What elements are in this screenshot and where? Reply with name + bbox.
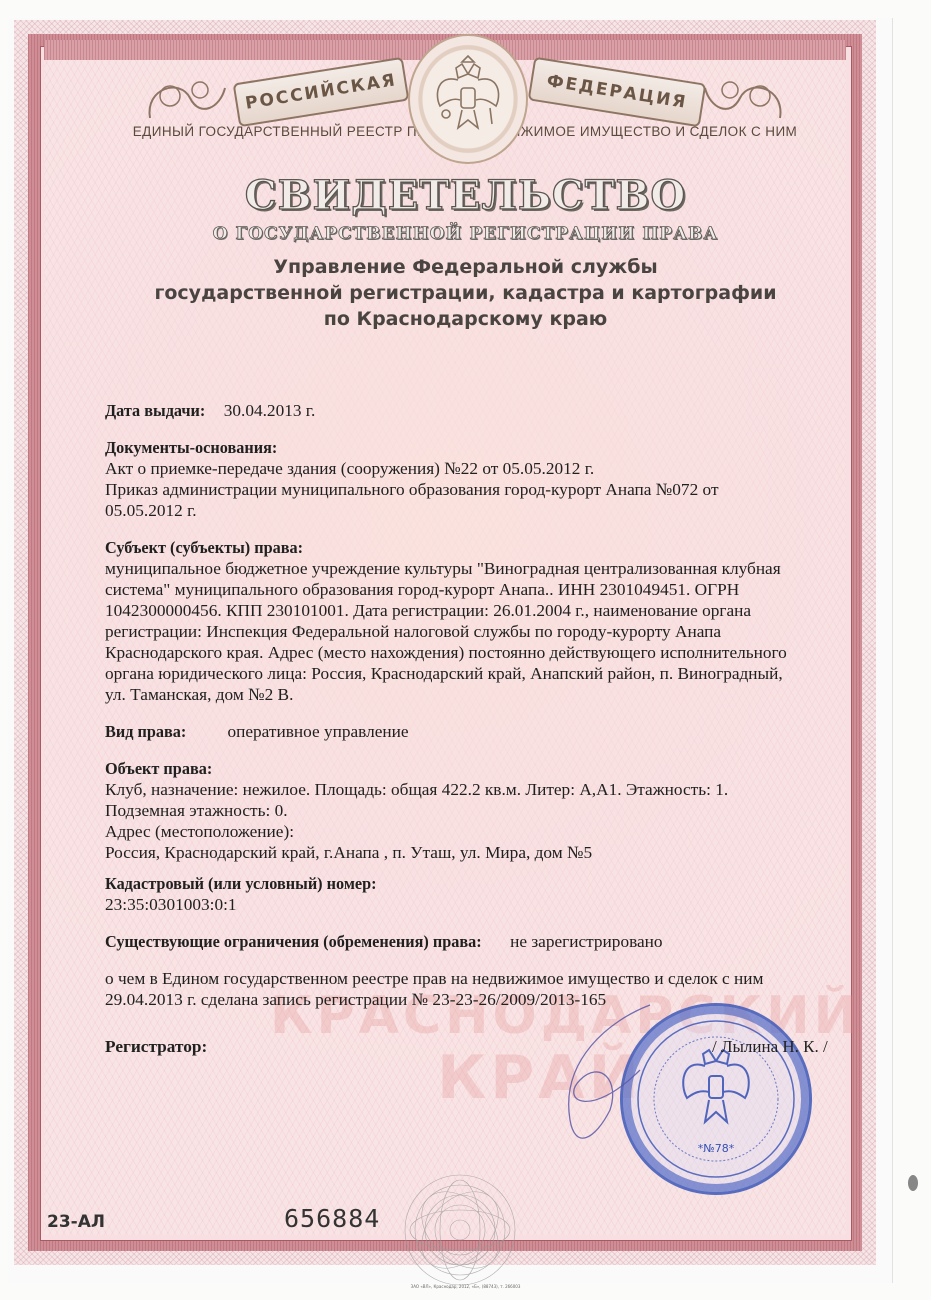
subject-section: Субъект (субъекты) права: муниципальное … [105,537,865,705]
basis-line: 05.05.2012 г. [105,500,865,521]
certificate-body: Дата выдачи: 30.04.2013 г. Документы-осн… [105,400,865,1010]
object-section: Объект права: Клуб, назначение: нежилое.… [105,758,865,863]
right-kind-row: Вид права: оперативное управление [105,721,865,742]
registrar-label: Регистратор: [105,1037,207,1057]
cadastral-label: Кадастровый (или условный) номер: [105,873,377,894]
subject-line: ул. Таманская, дом №2 В. [105,684,865,705]
registrar-name: / Лылина Н. К. / [712,1037,828,1057]
encumbrances-value: не зарегистрировано [510,932,662,951]
encumbrances-label: Существующие ограничения (обременения) п… [105,931,482,952]
guilloche-rosette-icon [365,1170,555,1290]
basis-documents-label: Документы-основания: [105,437,277,458]
subject-label: Субъект (субъекты) права: [105,537,303,558]
basis-line: Акт о приемке-передаче здания (сооружени… [105,458,865,479]
right-kind-label: Вид права: [105,721,186,742]
form-number: 656884 [284,1204,380,1233]
subject-line: регистрации: Инспекция Федеральной налог… [105,621,865,642]
object-label: Объект права: [105,758,212,779]
form-series: 23-АЛ [47,1212,105,1232]
coat-of-arms-emblem [408,34,528,164]
record-line-1: о чем в Едином государственном реестре п… [105,968,865,989]
issue-date-label: Дата выдачи: [105,400,205,421]
svg-text:*№78*: *№78* [698,1142,735,1155]
registrar-signature-icon [500,1000,700,1160]
object-line: Адрес (местоположение): [105,821,865,842]
registry-record: о чем в Едином государственном реестре п… [105,968,865,1010]
document-subtitle: О ГОСУДАРСТВЕННОЙ РЕГИСТРАЦИИ ПРАВА [0,224,931,244]
double-headed-eagle-icon [428,54,508,144]
subject-line: система" муниципального образования горо… [105,579,865,600]
printer-imprint: ЗАО «ВЛ», Краснодар, 2012, «Б», (88743),… [0,1284,931,1289]
subject-line: органа юридического лица: Россия, Красно… [105,663,865,684]
right-kind-value: оперативное управление [227,721,408,742]
issuing-agency: Управление Федеральной службы государств… [0,254,931,332]
object-line: Клуб, назначение: нежилое. Площадь: обща… [105,779,865,800]
scan-artifact [908,1175,918,1191]
subject-line: Краснодарского края. Адрес (место нахожд… [105,642,865,663]
document-title: СВИДЕТЕЛЬСТВО [0,172,931,219]
object-line: Подземная этажность: 0. [105,800,865,821]
cadastral-number: 23:35:0301003:0:1 [105,894,865,915]
issue-date-value: 30.04.2013 г. [224,400,316,421]
basis-documents-section: Документы-основания: Акт о приемке-перед… [105,437,865,521]
agency-line-3: по Краснодарскому краю [0,306,931,332]
subject-line: муниципальное бюджетное учреждение культ… [105,558,865,579]
object-line: Россия, Краснодарский край, г.Анапа , п.… [105,842,865,863]
basis-line: Приказ администрации муниципального обра… [105,479,865,500]
agency-line-2: государственной регистрации, кадастра и … [0,280,931,306]
agency-line-1: Управление Федеральной службы [0,254,931,280]
cadastral-section: Кадастровый (или условный) номер: 23:35:… [105,873,865,915]
issue-date-row: Дата выдачи: 30.04.2013 г. [105,400,865,421]
subject-line: 1042300000456. КПП 230101001. Дата регис… [105,600,865,621]
encumbrances-row: Существующие ограничения (обременения) п… [105,931,865,952]
